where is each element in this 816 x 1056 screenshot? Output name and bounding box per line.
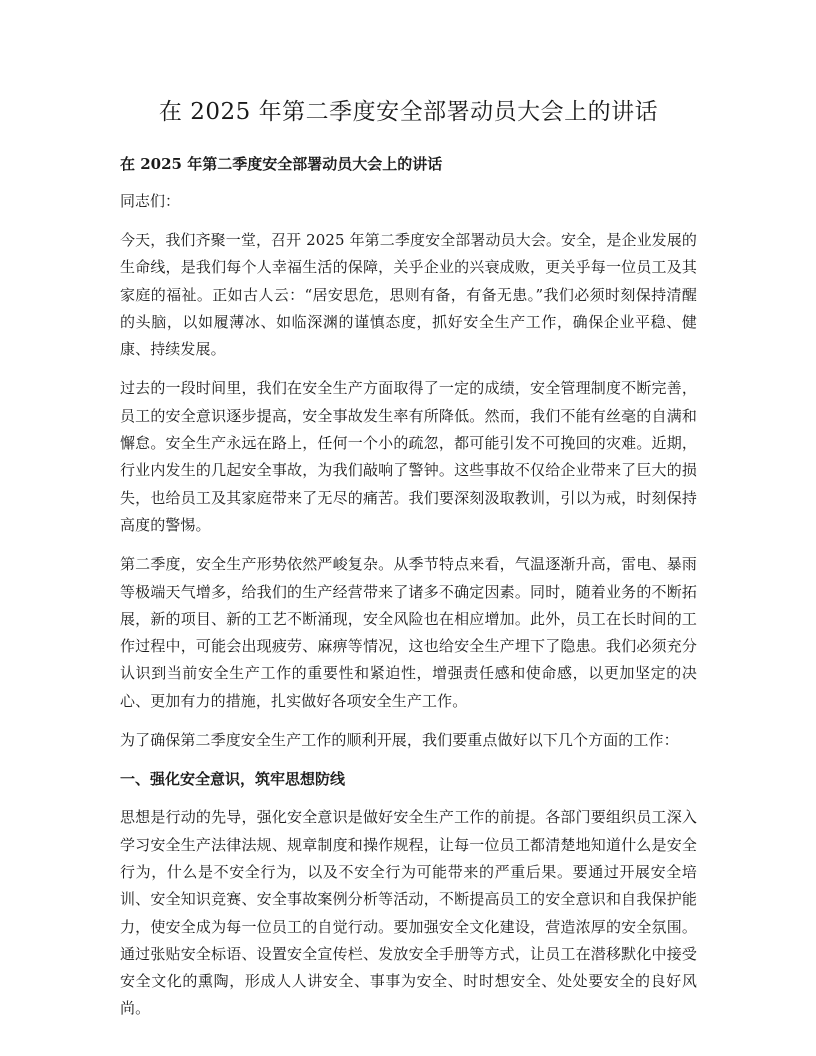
paragraph-tasks-intro: 为了确保第二季度安全生产工作的顺利开展，我们要重点做好以下几个方面的工作：	[120, 727, 697, 754]
section-body-1: 思想是行动的先导，强化安全意识是做好安全生产工作的前提。各部门要组织员工深入学习…	[120, 804, 697, 1022]
paragraph-intro: 今天，我们齐聚一堂，召开 2025 年第二季度安全部署动员大会。安全，是企业发展…	[120, 227, 697, 363]
paragraph-review: 过去的一段时间里，我们在安全生产方面取得了一定的成绩，安全管理制度不断完善，员工…	[120, 375, 697, 539]
paragraph-situation: 第二季度，安全生产形势依然严峻复杂。从季节特点来看，气温逐渐升高，雷电、暴雨等极…	[120, 551, 697, 715]
greeting: 同志们：	[120, 188, 697, 215]
section-heading-1: 一、强化安全意识，筑牢思想防线	[120, 766, 697, 792]
document-page: 在 2025 年第二季度安全部署动员大会上的讲话 在 2025 年第二季度安全部…	[120, 92, 697, 1035]
document-subtitle: 在 2025 年第二季度安全部署动员大会上的讲话	[120, 152, 697, 176]
document-title: 在 2025 年第二季度安全部署动员大会上的讲话	[120, 92, 697, 132]
